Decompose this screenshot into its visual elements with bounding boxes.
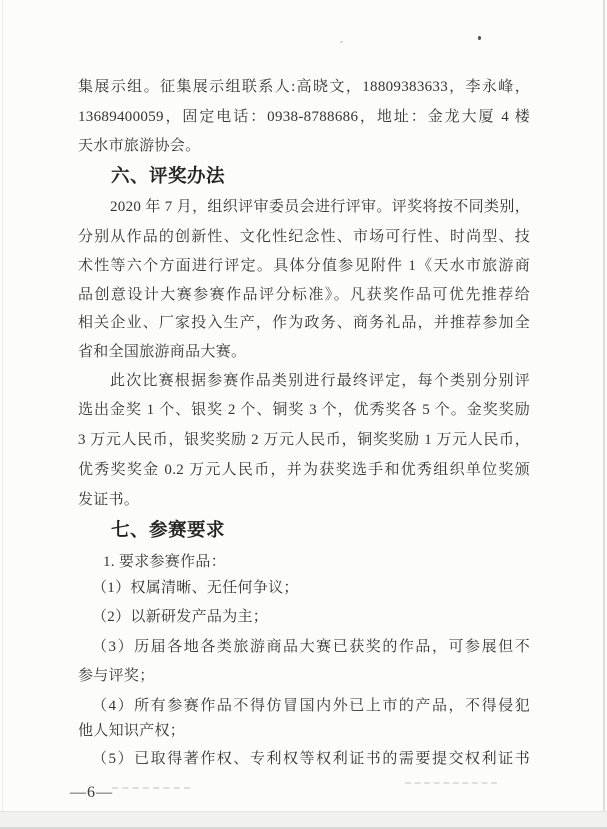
contact-line: 13689400059，固定电话：0938-8788686，地址：金龙大厦 4 … (78, 106, 530, 130)
requirement-intro-line: 1. 要求参赛作品： (78, 551, 530, 575)
body-line: 分别从作品的创新性、文化性纪念性、市场可行性、时尚型、技 (78, 226, 530, 250)
body-line: 选出金奖 1 个、银奖 2 个、铜奖 3 个，优秀奖各 5 个。金奖奖励 (78, 399, 530, 423)
scan-artifact (405, 782, 497, 784)
scan-edge-line (603, 0, 605, 812)
body-line: 相关企业、厂家投入生产，作为政务、商务礼品，并推荐参加全 (78, 312, 530, 336)
scan-artifact (112, 787, 190, 789)
body-line: 术性等六个方面进行评定。具体分值参见附件 1《天水市旅游商 (78, 255, 530, 279)
requirement-line: （3）历届各地各类旅游商品大赛已获奖的作品，可参展但不 (78, 636, 530, 660)
requirement-line: （2）以新研发产品为主； (78, 606, 530, 630)
requirement-line: （5）已取得著作权、专利权等权利证书的需要提交权利证书 (78, 748, 530, 772)
body-line: 省和全国旅游商品大赛。 (78, 341, 530, 365)
scan-edge-line (2, 0, 3, 829)
requirement-line: （1）权属清晰、无任何争议； (78, 577, 530, 601)
contact-line: 集展示组。征集展示组联系人:高晓文，18809383633，李永峰， (78, 76, 530, 100)
section-heading-requirements: 七、参赛要求 (78, 519, 530, 543)
body-line: 3 万元人民币，银奖奖励 2 万元人民币，铜奖奖励 1 万元人民币， (78, 429, 530, 453)
requirement-line: 参与评奖； (78, 665, 530, 689)
requirement-line: 他人知识产权； (78, 720, 530, 744)
page-number: —6— (70, 784, 113, 802)
section-heading-award: 六、评奖办法 (78, 165, 530, 189)
body-line: 品创意设计大赛参赛作品评分标准》。凡获奖作品可优先推荐给 (78, 284, 530, 308)
body-line: 发证书。 (78, 489, 530, 513)
body-line: 此次比赛根据参赛作品类别进行最终评定，每个类别分别评 (78, 370, 530, 394)
requirement-line: （4）所有参赛作品不得仿冒国内外已上市的产品，不得侵犯 (78, 695, 530, 719)
scan-speck (340, 41, 343, 43)
body-line: 2020 年 7 月，组织评审委员会进行评审。评奖将按不同类别， (78, 196, 530, 220)
body-line: 优秀奖奖金 0.2 万元人民币，并为获奖选手和优秀组织单位奖颁 (78, 459, 530, 483)
scanned-document-page: 集展示组。征集展示组联系人:高晓文，18809383633，李永峰， 13689… (0, 0, 607, 829)
scan-speck (478, 36, 481, 40)
contact-line: 天水市旅游协会。 (78, 135, 530, 159)
